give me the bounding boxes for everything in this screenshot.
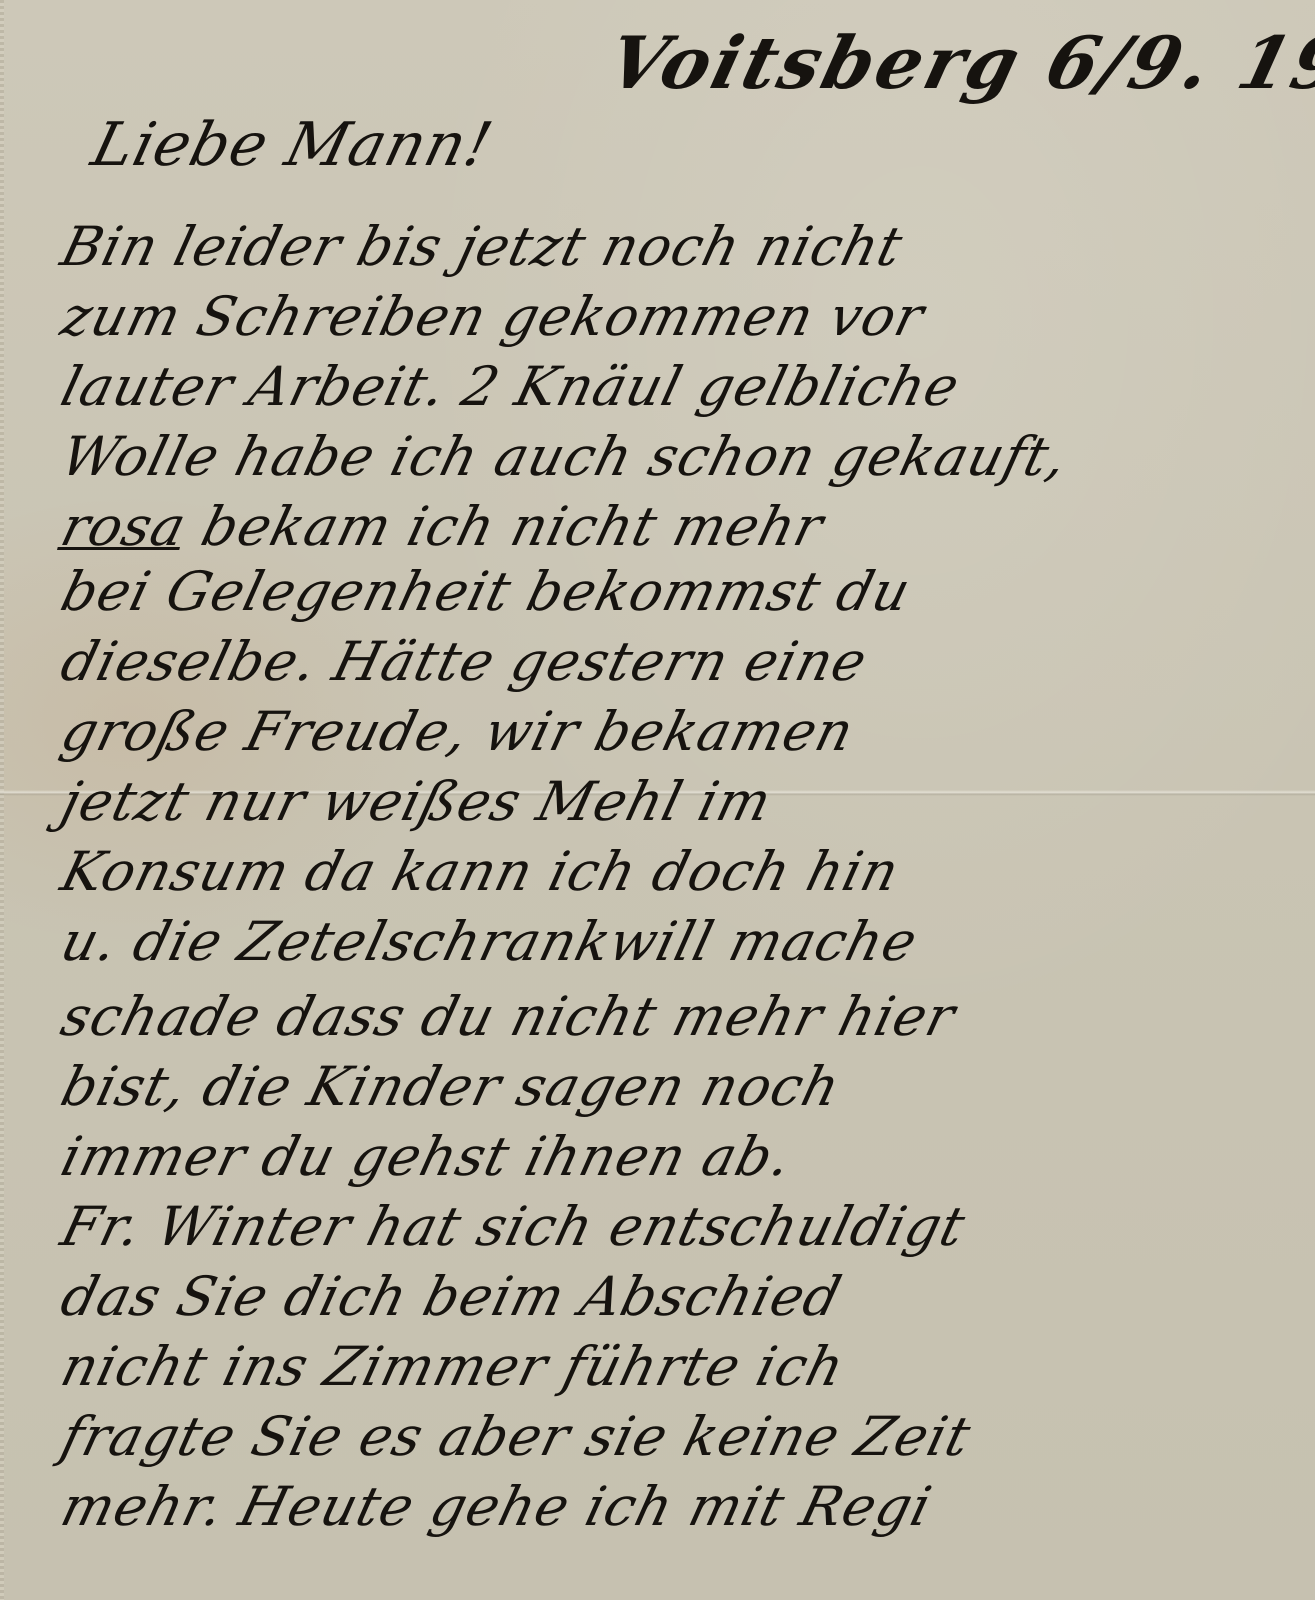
letter-line: u. die Zetelschrankwill mache bbox=[55, 910, 924, 973]
letter-line: nicht ins Zimmer führte ich bbox=[55, 1335, 851, 1398]
letter-line: jetzt nur weißes Mehl im bbox=[55, 770, 778, 833]
letter-line: schade dass du nicht mehr hier bbox=[55, 985, 962, 1048]
letter-line: Bin leider bis jetzt noch nicht bbox=[55, 215, 909, 278]
letter-line: bei Gelegenheit bekommst du bbox=[55, 560, 917, 623]
letter-line: lauter Arbeit. 2 Knäul gelbliche bbox=[55, 355, 966, 418]
underlined-word: rosa bbox=[55, 495, 193, 558]
letter-line: Fr. Winter hat sich entschuldigt bbox=[55, 1195, 972, 1258]
letter-line: bist, die Kinder sagen noch bbox=[55, 1055, 847, 1118]
page-edge bbox=[0, 0, 4, 1600]
letter-line: dieselbe. Hätte gestern eine bbox=[55, 630, 874, 693]
letter-line: Konsum da kann ich doch hin bbox=[55, 840, 906, 903]
letter-line: rosa bekam ich nicht mehr bbox=[55, 495, 830, 558]
letter-line: zum Schreiben gekommen vor bbox=[55, 285, 931, 348]
letter-date-header: Voitsberg 6/9. 1917. bbox=[600, 20, 1315, 105]
letter-line: große Freude, wir bekamen bbox=[55, 700, 861, 763]
letter-page: Voitsberg 6/9. 1917. Liebe Mann! Bin lei… bbox=[0, 0, 1315, 1600]
letter-line: das Sie dich beim Abschied bbox=[55, 1265, 848, 1328]
letter-line-text: bekam ich nicht mehr bbox=[195, 495, 830, 558]
letter-line: fragte Sie es aber sie keine Zeit bbox=[55, 1405, 977, 1468]
letter-line: immer du gehst ihnen ab. bbox=[55, 1125, 798, 1188]
letter-salutation: Liebe Mann! bbox=[85, 110, 500, 180]
letter-line: mehr. Heute gehe ich mit Regi bbox=[55, 1475, 938, 1538]
letter-line: Wolle habe ich auch schon gekauft, bbox=[55, 425, 1074, 488]
